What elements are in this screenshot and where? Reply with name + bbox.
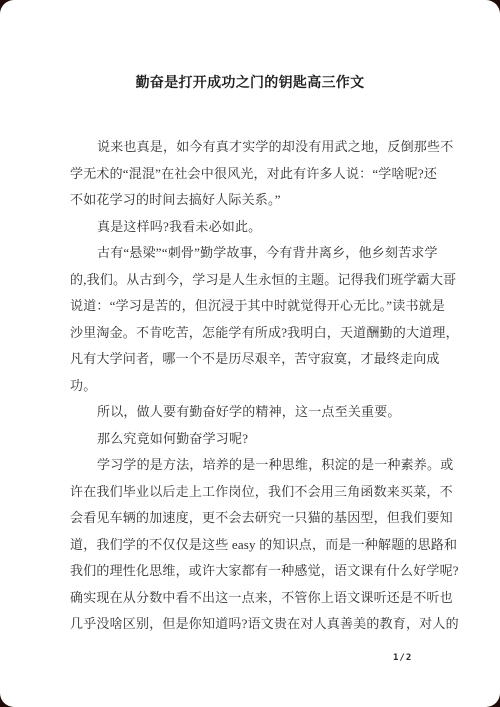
document-page: 勤奋是打开成功之门的钥匙高三作文 说来也真是，如今有真才实学的却没有用武之地，反… bbox=[0, 0, 500, 707]
essay-line: 那么究竟如何勤奋学习呢? bbox=[70, 426, 444, 453]
essay-line: 确实现在从分数中看不出这一点来，不管你上语文课听还是不听也 bbox=[70, 585, 444, 612]
essay-line: 不如花学习的时间去搞好人际关系。” bbox=[70, 187, 444, 214]
essay-line: 许在我们毕业以后走上工作岗位，我们不会用三角函数来买菜，不 bbox=[70, 479, 444, 506]
essay-body: 说来也真是，如今有真才实学的却没有用武之地，反倒那些不 学无术的“混混”在社会中… bbox=[70, 134, 444, 638]
essay-line: 凡有大学问者，哪一个不是历尽艰辛，苦守寂寞，才最终走向成 bbox=[70, 346, 444, 373]
page-number: 1/2 bbox=[393, 652, 412, 664]
essay-line: 说来也真是，如今有真才实学的却没有用武之地，反倒那些不 bbox=[70, 134, 444, 161]
essay-line: 所以，做人要有勤奋好学的精神，这一点至关重要。 bbox=[70, 399, 444, 426]
essay-line: 会看见车辆的加速度，更不会去研究一只猫的基因型，但我们要知 bbox=[70, 505, 444, 532]
essay-line: 道，我们学的不仅仅是这些 easy 的知识点，而是一种解题的思路和 bbox=[70, 532, 444, 559]
essay-line: 功。 bbox=[70, 373, 444, 400]
essay-line: 几乎没啥区别，但是你知道吗?语文贵在对人真善美的教育，对人的 bbox=[70, 611, 444, 638]
essay-line: 沙里淘金。不肯吃苦，怎能学有所成?我明白，天道酬勤的大道理， bbox=[70, 320, 444, 347]
essay-line: 真是这样吗?我看未必如此。 bbox=[70, 214, 444, 241]
essay-line: 古有“悬梁”“刺骨”勤学故事，今有背井离乡，他乡刻苦求学 bbox=[70, 240, 444, 267]
essay-line: 说道：“学习是苦的，但沉浸于其中时就觉得开心无比。”读书就是 bbox=[70, 293, 444, 320]
essay-line: 的,我们。从古到今，学习是人生永恒的主题。记得我们班学霸大哥 bbox=[70, 267, 444, 294]
essay-title: 勤奋是打开成功之门的钥匙高三作文 bbox=[0, 74, 500, 94]
essay-line: 我们的理性化思维，或许大家都有一种感觉，语文课有什么好学呢? bbox=[70, 558, 444, 585]
essay-line: 学习学的是方法，培养的是一种思维，积淀的是一种素养。或 bbox=[70, 452, 444, 479]
essay-line: 学无术的“混混”在社会中很风光，对此有许多人说：“学啥呢?还 bbox=[70, 161, 444, 188]
viewer-background: { "document": { "title": "勤奋是打开成功之门的钥匙高三… bbox=[0, 0, 500, 707]
